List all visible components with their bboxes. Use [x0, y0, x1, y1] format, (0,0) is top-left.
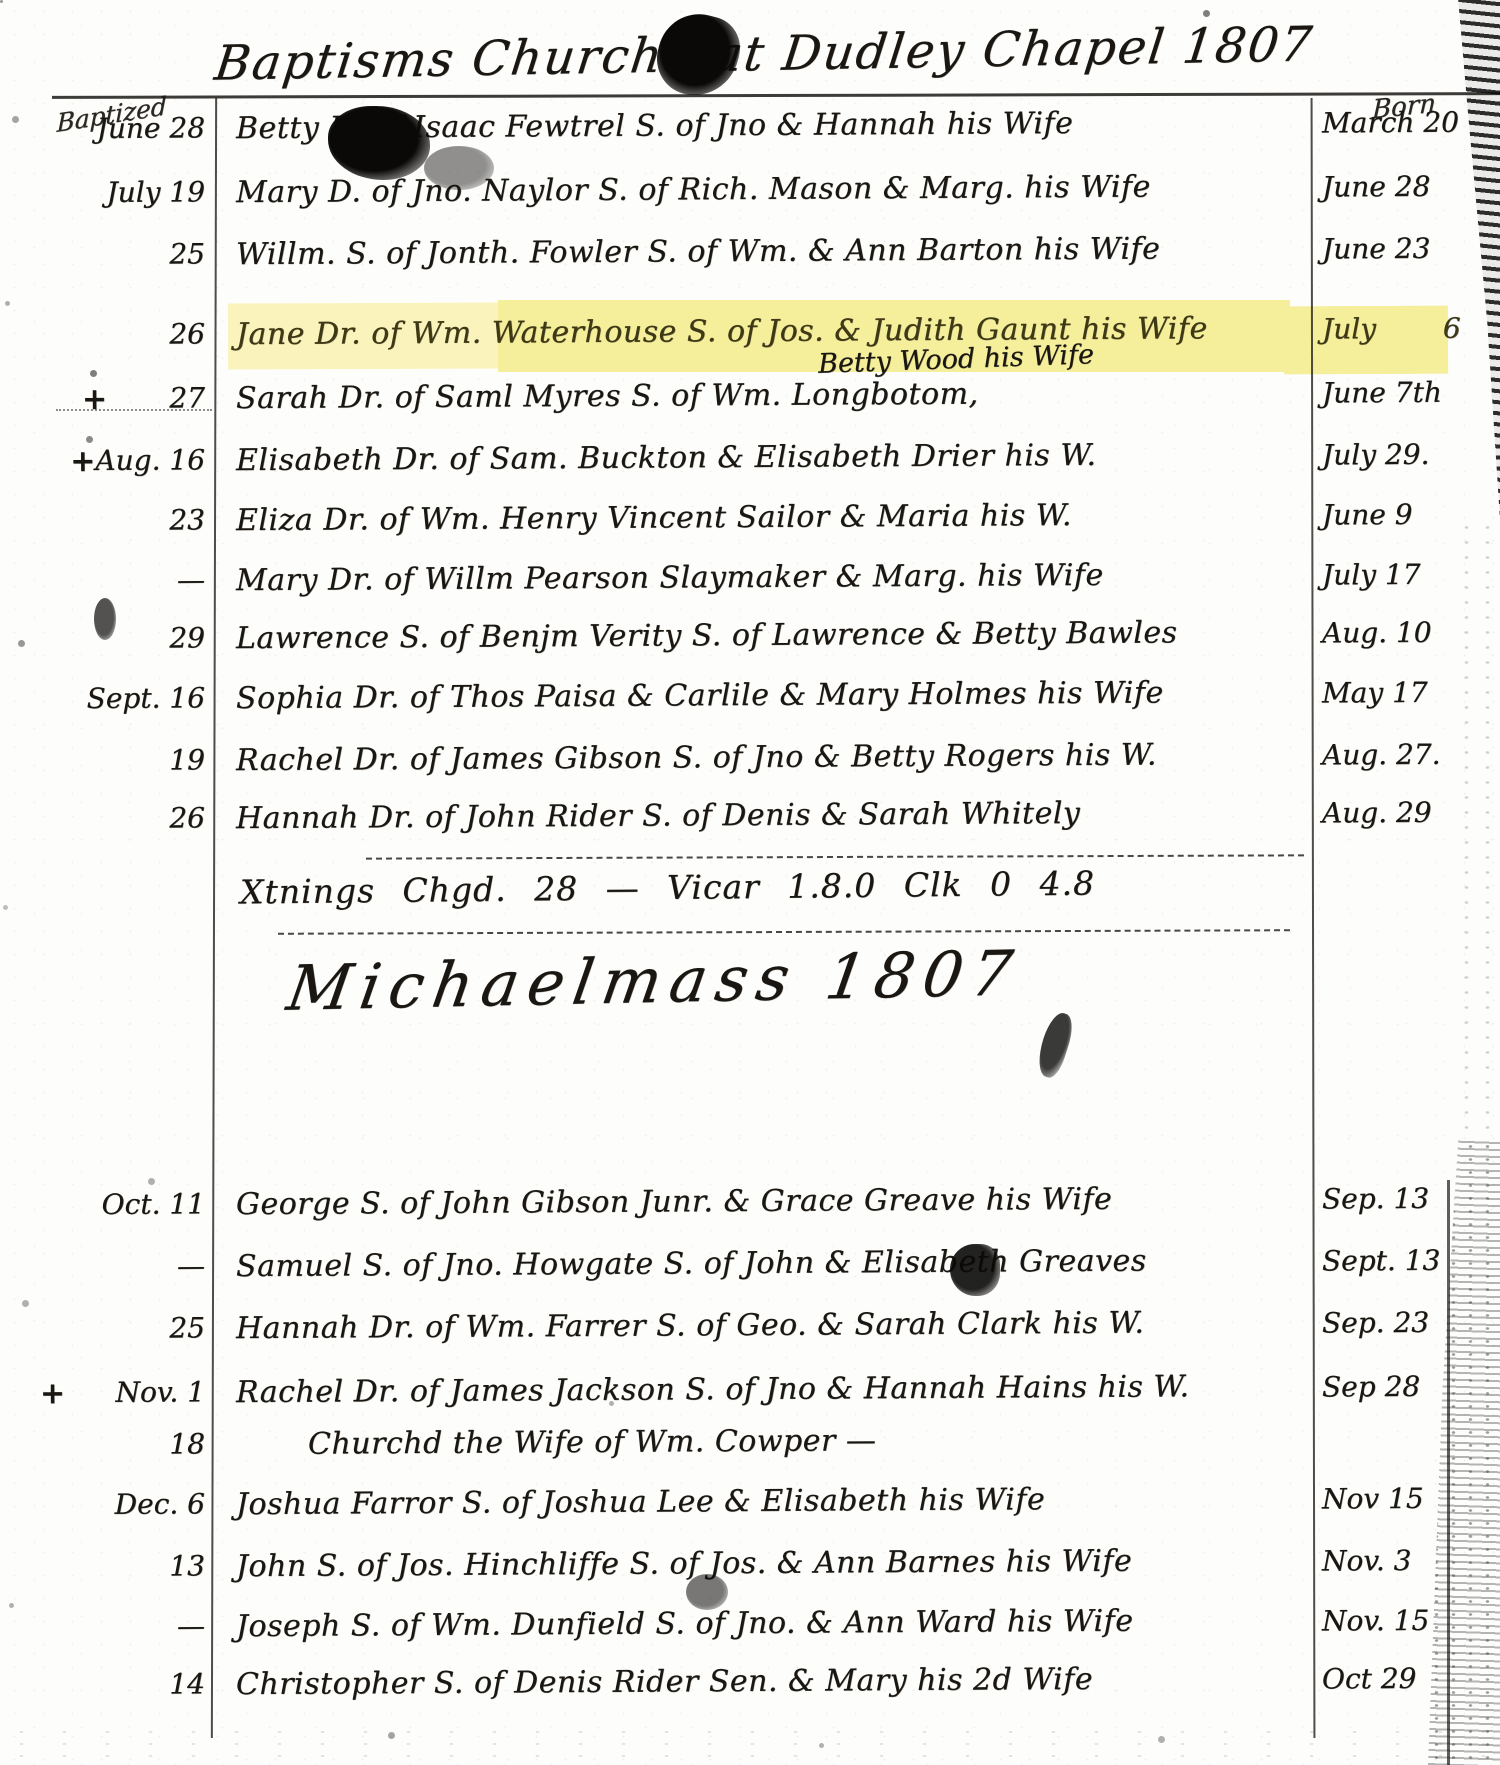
cross-mark: +: [36, 382, 107, 417]
cross-mark: [36, 1428, 82, 1461]
baptism-row: 29 Lawrence S. of Benjm Verity S. of Law…: [0, 613, 1500, 674]
churching-row: 18 Churchd the Wife of Wm. Cowper —: [0, 1419, 1500, 1480]
cross-mark: +: [24, 444, 95, 479]
baptized-date: 19: [36, 743, 205, 777]
entry-text: Christopher S. of Denis Rider Sen. & Mar…: [236, 1660, 1416, 1702]
cross-mark: [36, 1188, 82, 1221]
baptism-row: 25 Willm. S. of Jonth. Fowler S. of Wm. …: [0, 229, 1500, 290]
baptized-date: 18: [36, 1427, 205, 1461]
entry-text: Sophia Dr. of Thos Paisa & Carlile & Mar…: [236, 674, 1416, 716]
ink-blot: [1032, 1010, 1077, 1081]
cross-mark: [36, 504, 82, 537]
ruled-line-separator: [278, 929, 1290, 935]
cross-mark: [36, 622, 82, 655]
baptism-row: — Joseph S. of Wm. Dunfield S. of Jno. &…: [0, 1601, 1500, 1662]
ink-blot: [649, 6, 746, 105]
entry-text: Samuel S. of Jno. Howgate S. of John & E…: [236, 1242, 1416, 1284]
born-date: June 7th: [1322, 375, 1500, 409]
baptism-register-scan: Baptisms Churchd at Dudley Chapel 1807 B…: [0, 0, 1500, 1765]
baptized-date: June 28: [36, 111, 205, 145]
entry-text: Sarah Dr. of Saml Myres S. of Wm. Longbo…: [236, 374, 1416, 416]
baptism-row-highlighted[interactable]: 26 Jane Dr. of Wm. Waterhouse S. of Jos.…: [0, 309, 1500, 370]
quarter-summary: Xtnings Chgd. 28 — Vicar 1.8.0 Clk 0 4.8: [240, 864, 1095, 912]
entry-text: Lawrence S. of Benjm Verity S. of Lawren…: [236, 614, 1416, 656]
baptized-date: Sept. 16: [36, 681, 205, 715]
ink-blot: [328, 106, 430, 180]
baptized-date: +Nov. 1: [36, 1375, 205, 1411]
baptized-date: Oct. 11: [36, 1187, 205, 1221]
entry-text: Rachel Dr. of James Gibson S. of Jno & B…: [236, 736, 1416, 778]
entry-text: Rachel Dr. of James Jackson S. of Jno & …: [236, 1368, 1416, 1410]
section-heading: Michaelmass 1807: [282, 936, 1026, 1025]
baptism-row: +Nov. 1 Rachel Dr. of James Jackson S. o…: [0, 1367, 1500, 1428]
entry-text: Joseph S. of Wm. Dunfield S. of Jno. & A…: [236, 1602, 1416, 1644]
cross-mark: [36, 176, 82, 209]
entry-text: Mary Dr. of Willm Pearson Slaymaker & Ma…: [236, 556, 1416, 598]
cross-mark: [36, 1250, 82, 1283]
baptized-date: 29: [36, 621, 205, 655]
entry-text: John S. of Jos. Hinchliffe S. of Jos. & …: [236, 1542, 1416, 1584]
baptism-row: — Mary Dr. of Willm Pearson Slaymaker & …: [0, 555, 1500, 616]
entry-text: Hannah Dr. of John Rider S. of Denis & S…: [236, 794, 1416, 836]
cross-mark: [36, 238, 82, 271]
scan-speckle: [0, 0, 3, 3]
baptized-date: +Aug. 16: [36, 443, 205, 479]
cross-mark: [36, 802, 82, 835]
baptized-date: —: [36, 563, 205, 597]
baptism-row: 26 Hannah Dr. of John Rider S. of Denis …: [0, 793, 1500, 854]
entry-text: Eliza Dr. of Wm. Henry Vincent Sailor & …: [236, 496, 1416, 538]
entry-text: Joshua Farror S. of Joshua Lee & Elisabe…: [236, 1480, 1416, 1522]
baptism-row: Dec. 6 Joshua Farror S. of Joshua Lee & …: [0, 1479, 1500, 1540]
born-date: June 28: [1322, 169, 1500, 203]
baptized-date: July 19: [36, 175, 205, 209]
cross-mark: [36, 1312, 82, 1345]
baptized-date: 14: [36, 1667, 205, 1701]
ink-blot: [94, 598, 116, 640]
cross-mark: [36, 318, 82, 351]
baptism-row: 13 John S. of Jos. Hinchliffe S. of Jos.…: [0, 1541, 1500, 1602]
baptism-row: July 19 Mary D. of Jno. Naylor S. of Ric…: [0, 167, 1500, 228]
cross-mark: +: [36, 1376, 65, 1411]
baptized-date: 13: [36, 1549, 205, 1583]
baptized-date: 26: [36, 317, 205, 351]
born-date: July 6: [1322, 311, 1500, 345]
born-date: July 29.: [1322, 437, 1500, 471]
baptized-date: Dec. 6: [36, 1487, 205, 1521]
cross-mark: [36, 112, 82, 145]
baptized-date: —: [36, 1249, 205, 1283]
born-date: June 23: [1322, 231, 1500, 265]
ruled-line-top: [52, 92, 1500, 99]
baptism-row: 19 Rachel Dr. of James Gibson S. of Jno …: [0, 735, 1500, 796]
entry-text: Willm. S. of Jonth. Fowler S. of Wm. & A…: [236, 230, 1416, 272]
entry-text: Hannah Dr. of Wm. Farrer S. of Geo. & Sa…: [236, 1304, 1416, 1346]
ruled-line-separator: [366, 854, 1304, 859]
baptism-row: Oct. 11 George S. of John Gibson Junr. &…: [0, 1179, 1500, 1240]
baptism-row: June 28 Betty D. of Isaac Fewtrel S. of …: [0, 103, 1500, 164]
ink-blot: [424, 146, 494, 190]
baptism-row: 25 Hannah Dr. of Wm. Farrer S. of Geo. &…: [0, 1303, 1500, 1364]
scan-edge-noise-right: [1456, 520, 1500, 1140]
entry-text: Churchd the Wife of Wm. Cowper —: [236, 1419, 1488, 1462]
scan-edge-noise-bottom: [0, 1726, 1500, 1765]
cross-mark: [36, 744, 82, 777]
baptism-row: +27 Sarah Dr. of Saml Myres S. of Wm. Lo…: [0, 373, 1500, 434]
ink-blot: [950, 1244, 1000, 1296]
baptism-row: Sept. 16 Sophia Dr. of Thos Paisa & Carl…: [0, 673, 1500, 734]
cross-mark: [36, 1550, 82, 1583]
cross-mark: [36, 1668, 82, 1701]
ink-blot: [686, 1574, 728, 1610]
baptism-row: — Samuel S. of Jno. Howgate S. of John &…: [0, 1241, 1500, 1302]
entry-text: Elisabeth Dr. of Sam. Buckton & Elisabet…: [236, 436, 1416, 478]
baptism-row: +Aug. 16 Elisabeth Dr. of Sam. Buckton &…: [0, 435, 1500, 496]
baptized-date: +27: [36, 381, 205, 417]
entry-text: George S. of John Gibson Junr. & Grace G…: [236, 1180, 1416, 1222]
cross-mark: [36, 682, 82, 715]
baptized-date: 25: [36, 1311, 205, 1345]
entry-text: Jane Dr. of Wm. Waterhouse S. of Jos. & …: [236, 310, 1416, 352]
baptized-date: 25: [36, 237, 205, 271]
baptism-row: 23 Eliza Dr. of Wm. Henry Vincent Sailor…: [0, 495, 1500, 556]
baptized-date: 23: [36, 503, 205, 537]
entry-text: Mary D. of Jno. Naylor S. of Rich. Mason…: [236, 168, 1416, 210]
cross-mark: [36, 1488, 82, 1521]
cross-mark: [36, 564, 82, 597]
baptism-row: 14 Christopher S. of Denis Rider Sen. & …: [0, 1659, 1500, 1720]
cross-mark: [36, 1610, 82, 1643]
baptized-date: —: [36, 1609, 205, 1643]
page-title: Baptisms Churchd at Dudley Chapel 1807: [212, 16, 1317, 91]
baptized-date: 26: [36, 801, 205, 835]
